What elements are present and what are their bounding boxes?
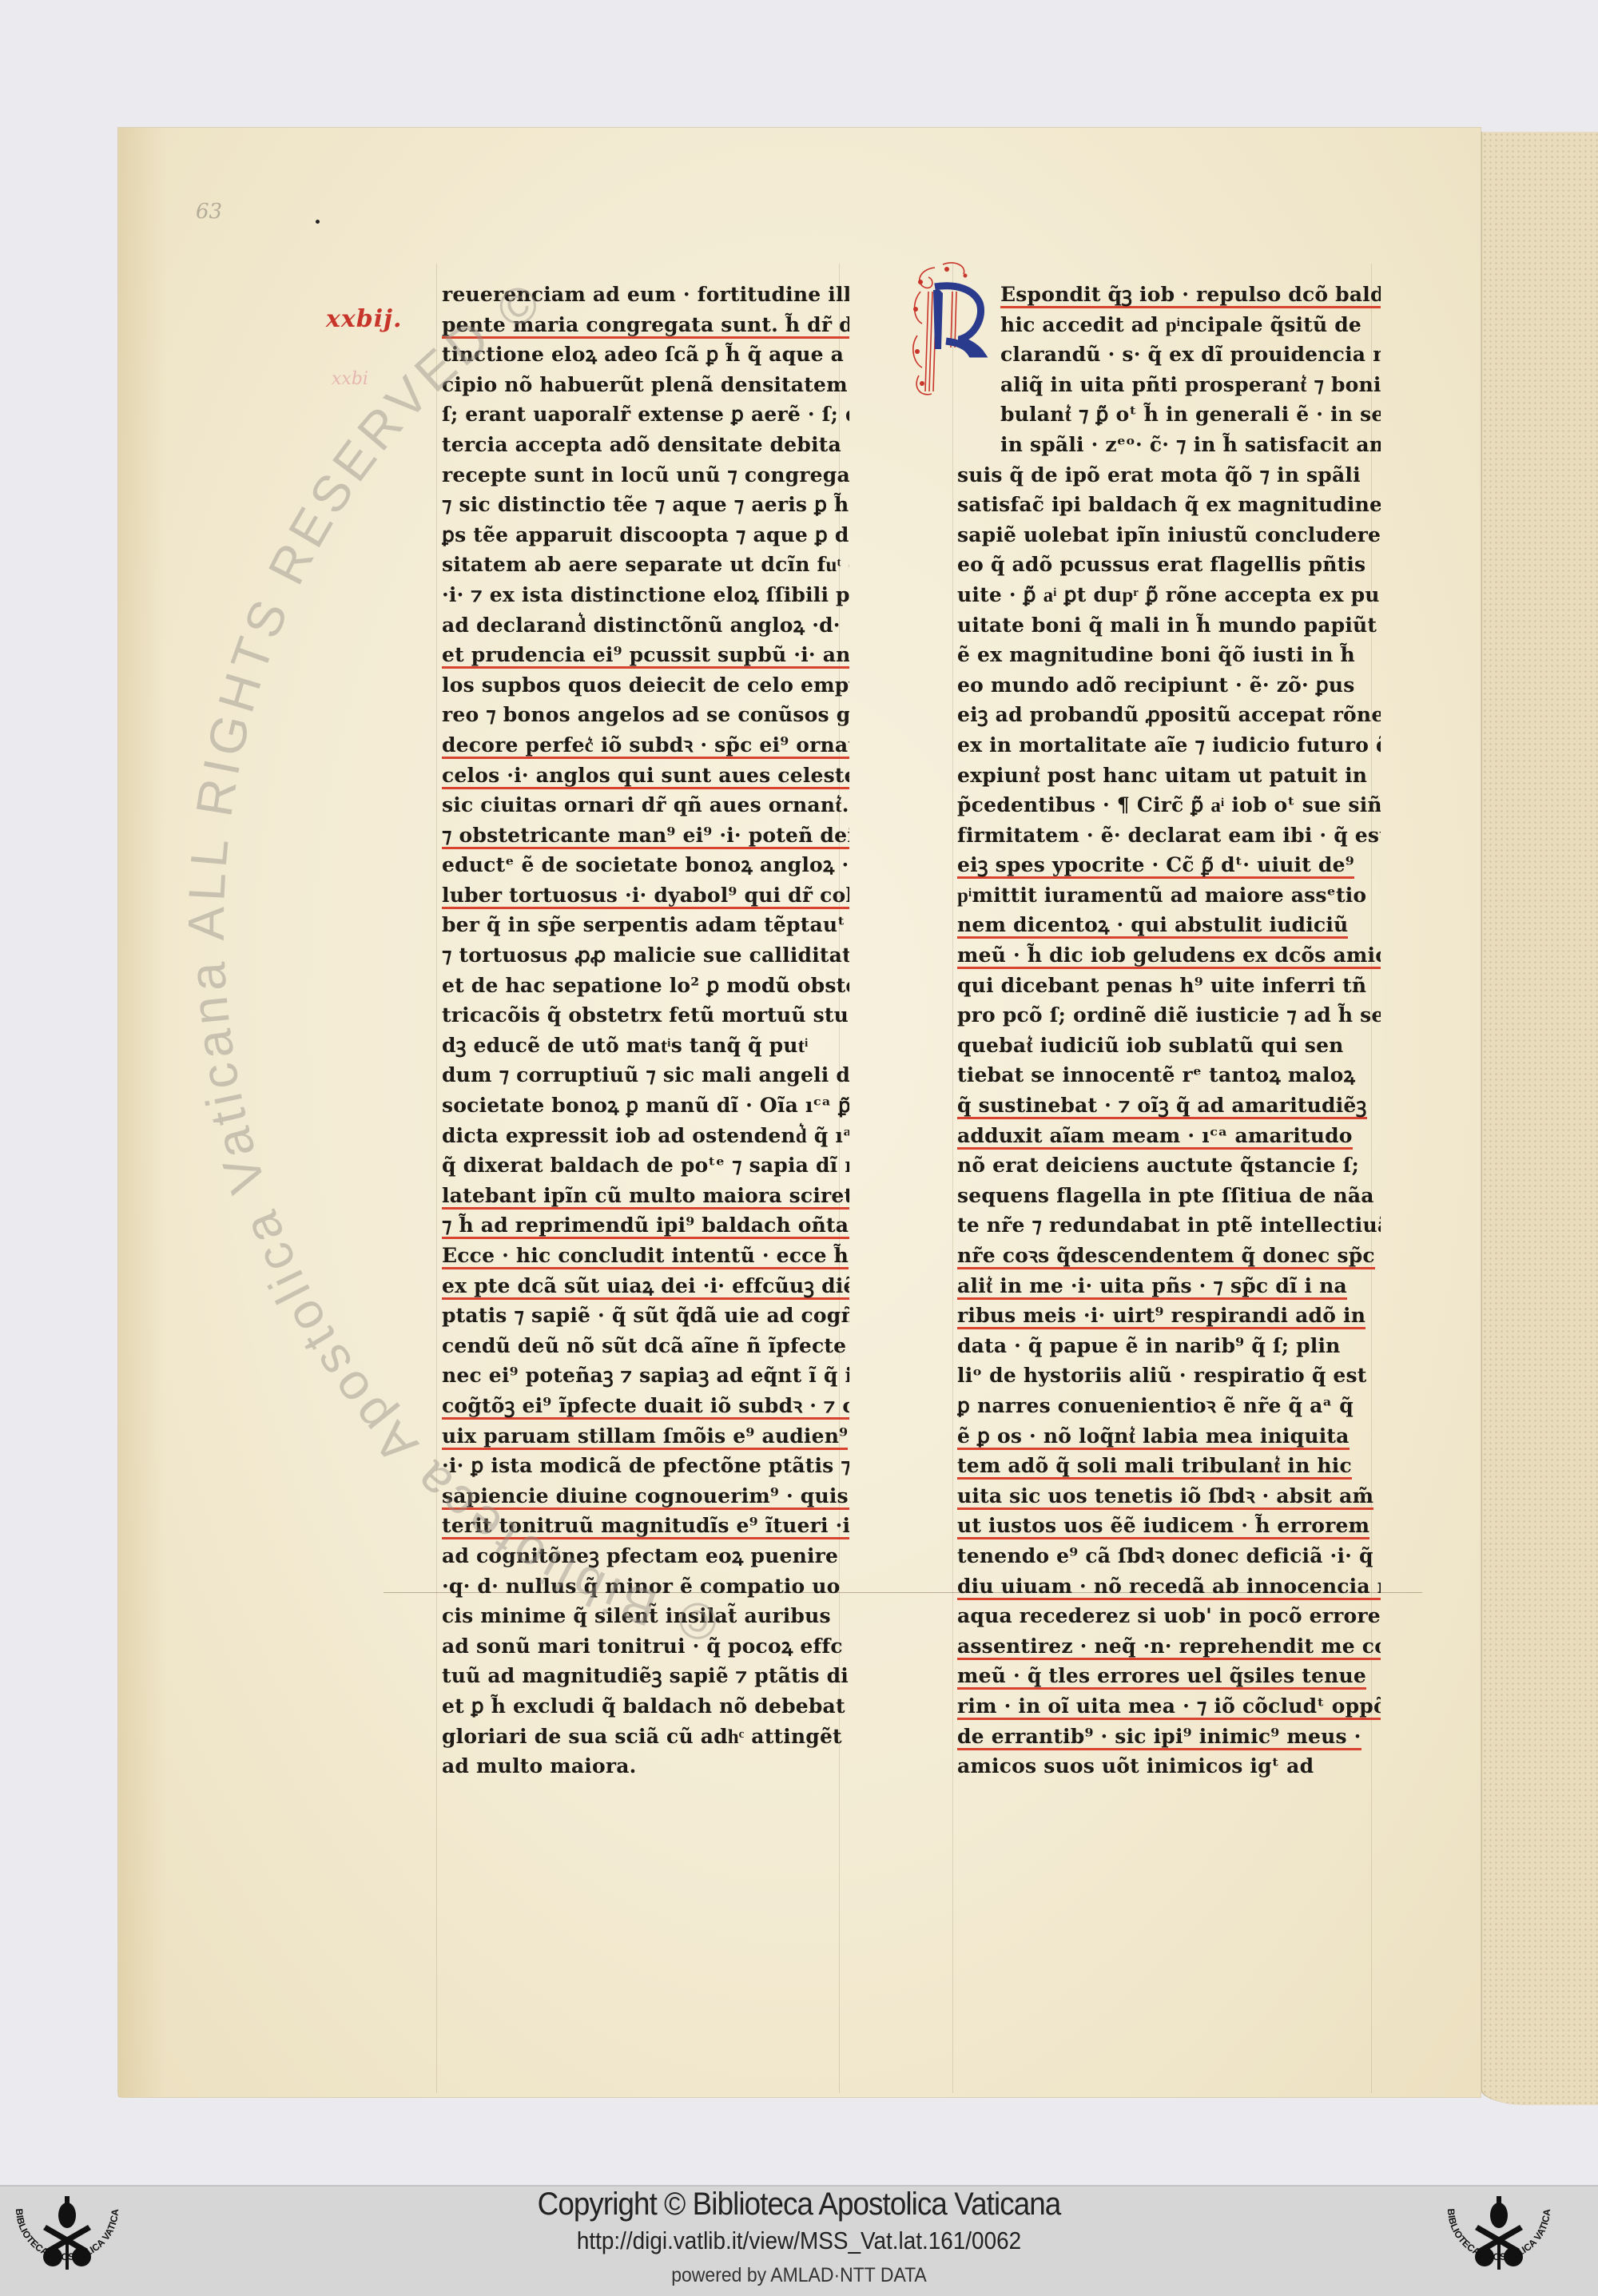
ink-spot	[316, 220, 320, 224]
manuscript-line: ſ; erant uaporalr̃ extense ꝑ aerẽ · ſ; d…	[442, 399, 849, 430]
manuscript-line: ⁊ h̃ ad reprimendũ ipi⁹ baldach oñtatõẽ …	[442, 1210, 849, 1241]
manuscript-line: pro pcõ ſ; ordinẽ diẽ iusticie ⁊ ad h̃ s…	[957, 1000, 1381, 1031]
line-text: q̃ dixerat baldach de poᵗᵉ ⁊ sapia dĩ nõ	[442, 1154, 849, 1177]
manuscript-line: tinctione eloꝝ adeo ſcã ꝑ h̃ q̃ aque a p…	[442, 340, 849, 370]
line-text: hic accedit ad pͥncipale q̃sitũ de	[1000, 313, 1361, 336]
line-text: eductᵉ ẽ de societate bonoꝝ angloꝝ · co	[442, 853, 849, 876]
manuscript-line: q̃ sustinebat · ⁊ oĩꝫ q̃ ad amaritudiẽꝫ	[957, 1090, 1381, 1121]
line-text: ex in mortalitate aĩe ⁊ iudicio futuro q…	[957, 733, 1381, 757]
manuscript-line: tricacõis q̃ obstetrx fetũ mortuũ stu	[442, 1000, 849, 1031]
manuscript-line: luber tortuosus ·i· dyabol⁹ qui dr̃ colu	[442, 880, 849, 911]
line-text: los supbos quos deiecit de celo empy	[442, 673, 849, 697]
manuscript-line: q̃ dixerat baldach de poᵗᵉ ⁊ sapia dĩ nõ	[442, 1150, 849, 1181]
line-text: recepte sunt in locũ unũ ⁊ congregate	[442, 463, 849, 487]
line-text: ẽ ꝑ os · nõ loq̃nt͛ labia mea iniquita	[957, 1424, 1350, 1450]
manuscript-line: nec ei⁹ poteñaꝫ ⁊ sapiaꝫ ad eq̃nt ĩ q̃ i…	[442, 1361, 849, 1391]
manuscript-line: latebant ipĩn cũ multo maiora sciret	[442, 1181, 849, 1211]
line-text: eo q̃ adõ pcussus erat flagellis pñtis	[957, 553, 1365, 576]
line-text: satisfac̃ ipi baldach q̃ ex magnitudine	[957, 493, 1381, 516]
line-text: uix paruam stillam ſmõis e⁹ audien⁹	[442, 1424, 848, 1450]
folio-pencil-mark: 63	[196, 200, 222, 224]
manuscript-line: bulant͛ ⁊ ꝑ̃ oᵗ h̃ in generali ẽ · in se…	[957, 399, 1381, 430]
line-text: luber tortuosus ·i· dyabol⁹ qui dr̃ colu	[442, 884, 849, 909]
vatican-library-logo: BIBLIOTECA APOSTOLICA VATICANA	[1438, 2193, 1558, 2293]
line-text: nem dicentoꝝ · qui abstulit iudiciũ	[957, 913, 1348, 939]
manuscript-line: diu uiuam · nõ recedã ab innocencia ma	[957, 1571, 1381, 1602]
line-text: nr̃e coꝛs q̃descendentem q̃ donec sp̃c	[957, 1244, 1375, 1269]
manuscript-line: et ꝑ h̃ excludi q̃ baldach nõ debebat	[442, 1691, 849, 1722]
manuscript-line: in spãli · zᵉᵒ· c̃· ⁊ in h̃ satisfacit a…	[957, 430, 1381, 460]
line-text: Espondit q̃ꝫ iob · repulso dcõ baldach	[1000, 283, 1381, 308]
manuscript-line: sitatem ab aere separate ut dcĩn fuͭ gñ	[442, 550, 849, 580]
text-column-right: Espondit q̃ꝫ iob · repulso dcõ baldachhi…	[957, 280, 1381, 1782]
manuscript-line: Espondit q̃ꝫ iob · repulso dcõ baldach	[957, 280, 1381, 310]
manuscript-line: uitate boni q̃ mali in h̃ mundo papiũt	[957, 610, 1381, 641]
manuscript-line: eo mundo adõ recipiunt · ẽ· zõ· ꝑus	[957, 670, 1381, 701]
line-text: tricacõis q̃ obstetrx fetũ mortuũ stu	[442, 1003, 849, 1027]
line-text: ẽ ex magnitudine boni q̃õ iusti in h̃	[957, 643, 1355, 666]
line-text: celos ·i· anglos qui sunt aues celestes.	[442, 764, 849, 789]
manuscript-line: alit͛ in me ·i· uita pñs · ⁊ sp̃c dĩ i n…	[957, 1271, 1381, 1301]
line-text: pro pcõ ſ; ordinẽ diẽ iusticie ⁊ ad h̃ s…	[957, 1003, 1381, 1027]
line-text: firmitatem · ẽ· declarat eam ibi · q̃ es…	[957, 824, 1381, 847]
manuscript-line: pente maria congregata sunt. h̃ dr̃ de d…	[442, 310, 849, 340]
line-text: tenendo e⁹ cã ſbdꝛ donec deficiã ·i· q̃	[957, 1544, 1373, 1567]
line-text: ⁊ tortuosus ꝓꝓ malicie sue calliditatẽ	[442, 943, 849, 967]
line-text: et ꝑ h̃ excludi q̃ baldach nõ debebat	[442, 1694, 845, 1718]
ruling-line	[436, 264, 437, 2093]
manuscript-line: hic accedit ad pͥncipale q̃sitũ de	[957, 310, 1381, 340]
line-text: ex pte dcã sũt uiaꝝ dei ·i· effcũuꝫ diẽ	[442, 1274, 849, 1300]
manuscript-line: reo ⁊ bonos angelos ad se conũsos glĩe	[442, 700, 849, 730]
line-text: ·i· ꝑ ista modicã de pfectõne ptãtis ⁊	[442, 1454, 849, 1477]
line-text: diu uiuam · nõ recedã ab innocencia ma	[957, 1575, 1381, 1600]
manuscript-line: amicos suos uõt inimicos igᵗ ad	[957, 1751, 1381, 1782]
manuscript-line: Ecce · hic concludit intentũ · ecce h̃	[442, 1241, 849, 1271]
manuscript-line: sic ciuitas ornari dr̃ qñ aues ornant͛.	[442, 790, 849, 820]
line-text: cipio nõ habuerũt plenã densitatem	[442, 373, 848, 396]
manuscript-line: ut iustos uos ẽẽ iudicem · h̃ errorem	[957, 1511, 1381, 1541]
line-text: sic ciuitas ornari dr̃ qñ aues ornant͛.	[442, 793, 849, 816]
line-text: ·i· ⁊ ex ista distinctione eloꝝ ſſibili …	[442, 583, 849, 606]
line-text: latebant ipĩn cũ multo maiora sciret	[442, 1184, 849, 1210]
manuscript-line: dicta expressit iob ad ostendend͛ q̃ ıᵃ	[442, 1121, 849, 1151]
manuscript-line: ꝑ narres conuenientioꝛ ẽ nr̃e q̃ aᵃ q̃	[957, 1391, 1381, 1421]
line-text: ptatis ⁊ sapiẽ · q̃ sũt q̃dã uie ad cogñ…	[442, 1304, 849, 1327]
line-text: uita sic uos tenetis iõ ſbdꝛ · absit am̃	[957, 1484, 1373, 1510]
line-text: adduxit aĩam meam · ıᶜᵃ amaritudo	[957, 1124, 1353, 1150]
logo-text: BIBLIOTECA APOSTOLICA VATICANA	[6, 2193, 121, 2262]
line-text: tinctione eloꝝ adeo ſcã ꝑ h̃ q̃ aque a p…	[442, 343, 849, 366]
manuscript-line: meũ · h̃ dic iob geludens ex dcõs amicoꝝ	[957, 940, 1381, 971]
manuscript-line: ·q· d· nullus q̃ minor ẽ compatio uo	[442, 1571, 849, 1602]
line-text: terit tonitruũ magnitudĩs e⁹ ĩtueri ·i·	[442, 1514, 849, 1539]
line-text: tiebat se innocentẽ rᵉ tantoꝝ maloꝝ	[957, 1063, 1355, 1086]
line-text: reo ⁊ bonos angelos ad se conũsos glĩe	[442, 703, 849, 726]
manuscript-line: expiunt͛ post hanc uitam ut patuit in	[957, 761, 1381, 791]
line-text: ⁊ h̃ ad reprimendũ ipi⁹ baldach oñtatõẽ …	[442, 1214, 849, 1239]
manuscript-line: sapiencie diuine cognouerim⁹ · quis po	[442, 1481, 849, 1511]
line-text: sequens flagella in pte ſſitiua de nãa	[957, 1184, 1374, 1207]
manuscript-line: cendũ deũ nõ sũt dcã aĩne ñ ĩpfecte	[442, 1331, 849, 1361]
line-text: nõ erat deiciens auctute q̃stancie ſ;	[957, 1154, 1359, 1177]
line-text: dicta expressit iob ad ostendend͛ q̃ ıᵃ	[442, 1124, 849, 1147]
manuscript-line: ⁊ tortuosus ꝓꝓ malicie sue calliditatẽ	[442, 940, 849, 971]
manuscript-line: ⁊ obstetricante man⁹ ei⁹ ·i· poteñ dei ·	[442, 820, 849, 851]
line-text: tercia accepta adõ densitate debita	[442, 433, 841, 456]
line-text: bulant͛ ⁊ ꝑ̃ oᵗ h̃ in generali ẽ · in se…	[1000, 403, 1381, 426]
line-text: qui dicebant penas h⁹ uite inferri tñ	[957, 974, 1366, 997]
manuscript-line: data · q̃ papue ẽ in narib⁹ q̃ ſ; plin	[957, 1331, 1381, 1361]
manuscript-line: meũ · q̃ tles errores uel q̃siles tenue	[957, 1661, 1381, 1691]
line-text: ribus meis ·i· uirt⁹ respirandi adõ in	[957, 1304, 1365, 1329]
manuscript-line: ad declarand͛ distinctõnũ angloꝝ ·d·	[442, 610, 849, 641]
line-text: ad cognitõneꝫ pfectam eoꝝ puenire	[442, 1544, 838, 1567]
manuscript-line: reuerenciam ad eum · fortitudine illi⁹ r…	[442, 280, 849, 310]
line-text: alit͛ in me ·i· uita pñs · ⁊ sp̃c dĩ i n…	[957, 1274, 1347, 1300]
line-text: gloriari de sua sciã cũ adhͨ attingẽt	[442, 1725, 842, 1748]
line-text: Ecce · hic concludit intentũ · ecce h̃	[442, 1244, 849, 1269]
manuscript-line: firmitatem · ẽ· declarat eam ibi · q̃ es…	[957, 820, 1381, 851]
line-text: ⁊ sic distinctio tẽe ⁊ aque ⁊ aeris ꝑ h̃…	[442, 493, 849, 516]
manuscript-line: ad sonũ mari tonitrui · q̃ pocoꝝ effc	[442, 1631, 849, 1662]
manuscript-line: terit tonitruũ magnitudĩs e⁹ ĩtueri ·i·	[442, 1511, 849, 1541]
manuscript-line: satisfac̃ ipi baldach q̃ ex magnitudine	[957, 490, 1381, 520]
manuscript-line: celos ·i· anglos qui sunt aues celestes.	[442, 761, 849, 791]
manuscript-line: sapiẽ uolebat ipĩn iniustũ concludere	[957, 520, 1381, 550]
manuscript-line: suis q̃ de ipõ erat mota q̃õ ⁊ in spãli	[957, 460, 1381, 491]
line-text: q̃ sustinebat · ⁊ oĩꝫ q̃ ad amaritudiẽꝫ	[957, 1094, 1367, 1119]
line-text: et de hac sepatione lo² ꝑ modũ obste	[442, 974, 849, 997]
manuscript-line: tuũ ad magnitudiẽꝫ sapiẽ ⁊ ptãtis diẽ	[442, 1661, 849, 1691]
manuscript-line: ⁊ sic distinctio tẽe ⁊ aque ⁊ aeris ꝑ h̃…	[442, 490, 849, 520]
manuscript-line: pͥmittit iuramentũ ad maiore assᵉtio	[957, 880, 1381, 911]
manuscript-line: tem adõ q̃ soli mali tribulant͛ in hic	[957, 1451, 1381, 1481]
margin-chapter-number: xxbij.	[326, 305, 402, 333]
line-text: et prudencia ei⁹ pcussit supbũ ·i· ange	[442, 643, 849, 669]
line-text: ꝑs tẽe apparuit discoopta ⁊ aque ꝑ dẽp	[442, 523, 849, 546]
manuscript-line: ex pte dcã sũt uiaꝝ dei ·i· effcũuꝫ diẽ	[442, 1271, 849, 1301]
line-text: reuerenciam ad eum · fortitudine illi⁹ r…	[442, 283, 849, 306]
copyright-text: Copyright © Biblioteca Apostolica Vatica…	[64, 2187, 1534, 2223]
manuscript-line: eductᵉ ẽ de societate bonoꝝ angloꝝ · co	[442, 850, 849, 880]
line-text: ſ; erant uaporalr̃ extense ꝑ aerẽ · ſ; d…	[442, 403, 849, 426]
facing-page-edge	[1481, 132, 1598, 2105]
line-text: ꝑ narres conuenientioꝛ ẽ nr̃e q̃ aᵃ q̃	[957, 1394, 1354, 1417]
manuscript-line: quebat͛ iudiciũ iob sublatũ qui sen	[957, 1031, 1381, 1061]
line-text: ad declarand͛ distinctõnũ angloꝝ ·d·	[442, 614, 841, 637]
line-text: de errantib⁹ · sic ipi⁹ inimic⁹ meus ·	[957, 1725, 1361, 1750]
manuscript-line: p̃cedentibus · ¶ Circ̃ ꝑ̃ aͥ iob oᵗ sue …	[957, 790, 1381, 820]
svg-text:BIBLIOTECA APOSTOLICA VATICANA: BIBLIOTECA APOSTOLICA VATICANA	[1438, 2193, 1552, 2262]
manuscript-line: eo q̃ adõ pcussus erat flagellis pñtis	[957, 550, 1381, 580]
line-text: ber q̃ in sp̃e serpentis adam tẽptauᵗ	[442, 913, 845, 936]
line-text: data · q̃ papue ẽ in narib⁹ q̃ ſ; plin	[957, 1334, 1341, 1357]
manuscript-line: ·i· ꝑ ista modicã de pfectõne ptãtis ⁊	[442, 1451, 849, 1481]
manuscript-line: ribus meis ·i· uirt⁹ respirandi adõ in	[957, 1301, 1381, 1331]
line-text: aliq̃ in uita pñti prosperant͛ ⁊ boni tr…	[1000, 373, 1381, 396]
line-text: uite · ꝑ̃ aͥ ꝑt dupͬ ꝑ̃ rõne accepta ex …	[957, 583, 1380, 606]
line-text: decore perfec͛ iõ subdꝛ · sp̃c ei⁹ ornau…	[442, 733, 849, 759]
manuscript-line: de errantib⁹ · sic ipi⁹ inimic⁹ meus ·	[957, 1722, 1381, 1752]
powered-by-text: powered by AMLAD·NTT DATA	[64, 2264, 1534, 2287]
manuscript-line: ẽ ꝑ os · nõ loq̃nt͛ labia mea iniquita	[957, 1421, 1381, 1452]
line-text: eiꝫ spes ypocrite · Cc̃ ꝑ̃ dᵗ· uiuit de⁹	[957, 853, 1354, 879]
manuscript-line: dꝫ educẽ de utõ matͥs tanq̃ q̃ putͥ	[442, 1031, 849, 1061]
line-text: aqua recederez si uob' in pocõ errore ·	[957, 1604, 1381, 1627]
manuscript-line: cog̃tõꝫ ei⁹ ĩpfecte duait iõ subdꝛ · ⁊ c…	[442, 1391, 849, 1421]
line-text: nec ei⁹ poteñaꝫ ⁊ sapiaꝫ ad eq̃nt ĩ q̃ i…	[442, 1364, 849, 1387]
manuscript-line: recepte sunt in locũ unũ ⁊ congregate	[442, 460, 849, 491]
line-text: expiunt͛ post hanc uitam ut patuit in	[957, 764, 1367, 787]
line-text: liᵒ de hystoriis aliũ · respiratio q̃ es…	[957, 1364, 1367, 1387]
line-text: te nr̃e ⁊ redundabat in ptẽ intellectiuã	[957, 1214, 1381, 1237]
line-text: meũ · h̃ dic iob geludens ex dcõs amicoꝝ	[957, 943, 1381, 969]
manuscript-line: ad multo maiora.	[442, 1751, 849, 1782]
manuscript-line: et de hac sepatione lo² ꝑ modũ obste	[442, 971, 849, 1001]
manuscript-line: decore perfec͛ iõ subdꝛ · sp̃c ei⁹ ornau…	[442, 730, 849, 761]
manuscript-line: cipio nõ habuerũt plenã densitatem	[442, 370, 849, 400]
manuscript-line: sequens flagella in pte ſſitiua de nãa	[957, 1181, 1381, 1211]
line-text: quebat͛ iudiciũ iob sublatũ qui sen	[957, 1034, 1344, 1057]
manuscript-line: et prudencia ei⁹ pcussit supbũ ·i· ange	[442, 640, 849, 670]
manuscript-line: ꝑs tẽe apparuit discoopta ⁊ aque ꝑ dẽp	[442, 520, 849, 550]
manuscript-line: uite · ꝑ̃ aͥ ꝑt dupͬ ꝑ̃ rõne accepta ex …	[957, 580, 1381, 610]
line-text: pente maria congregata sunt. h̃ dr̃ de d…	[442, 313, 849, 339]
manuscript-line: assentirez · neq̃ ·n· reprehendit me cor	[957, 1631, 1381, 1662]
manuscript-line: ad cognitõneꝫ pfectam eoꝝ puenire	[442, 1541, 849, 1571]
line-text: clarandũ · s· q̃ ex dĩ prouidencia mali	[1000, 343, 1381, 366]
line-text: suis q̃ de ipõ erat mota q̃õ ⁊ in spãli	[957, 463, 1361, 487]
manuscript-line: clarandũ · s· q̃ ex dĩ prouidencia mali	[957, 340, 1381, 370]
manuscript-line: rim · in oĩ uita mea · ⁊ iõ cõcludᵗ oppõ	[957, 1691, 1381, 1722]
copyright-footer: Copyright © Biblioteca Apostolica Vatica…	[0, 2185, 1598, 2296]
line-text: dꝫ educẽ de utõ matͥs tanq̃ q̃ putͥ	[442, 1034, 809, 1057]
line-text: ·q· d· nullus q̃ minor ẽ compatio uo	[442, 1575, 841, 1598]
line-text: sapiencie diuine cognouerim⁹ · quis po	[442, 1484, 849, 1510]
manuscript-line: te nr̃e ⁊ redundabat in ptẽ intellectiuã	[957, 1210, 1381, 1241]
line-text: tuũ ad magnitudiẽꝫ sapiẽ ⁊ ptãtis diẽ	[442, 1664, 849, 1687]
line-text: ut iustos uos ẽẽ iudicem · h̃ errorem	[957, 1514, 1369, 1539]
line-text: p̃cedentibus · ¶ Circ̃ ꝑ̃ aͥ iob oᵗ sue …	[957, 793, 1381, 816]
manuscript-line: ẽ ex magnitudine boni q̃õ iusti in h̃	[957, 640, 1381, 670]
manuscript-line: societate bonoꝝ ꝑ manũ dĩ · Oĩa ıᶜᵃ ꝑ̃	[442, 1090, 849, 1121]
line-text: pͥmittit iuramentũ ad maiore assᵉtio	[957, 884, 1366, 907]
vatican-library-logo: BIBLIOTECA APOSTOLICA VATICANA	[6, 2193, 126, 2293]
line-text: ad sonũ mari tonitrui · q̃ pocoꝝ effc	[442, 1635, 843, 1658]
line-text: tem adõ q̃ soli mali tribulant͛ in hic	[957, 1454, 1352, 1480]
line-text: cendũ deũ nõ sũt dcã aĩne ñ ĩpfecte	[442, 1334, 846, 1357]
manuscript-line: eiꝫ spes ypocrite · Cc̃ ꝑ̃ dᵗ· uiuit de⁹	[957, 850, 1381, 880]
manuscript-line: aqua recederez si uob' in pocõ errore ·	[957, 1601, 1381, 1631]
source-url-link[interactable]: http://digi.vatlib.it/view/MSS_Vat.lat.1…	[80, 2226, 1518, 2255]
manuscript-line: tenendo e⁹ cã ſbdꝛ donec deficiã ·i· q̃	[957, 1541, 1381, 1571]
line-text: cis minime q̃ silent̃ insilat̃ auribus	[442, 1604, 831, 1627]
line-text: uitate boni q̃ mali in h̃ mundo papiũt	[957, 614, 1377, 637]
line-text: in spãli · zᵉᵒ· c̃· ⁊ in h̃ satisfacit a…	[1000, 433, 1381, 456]
line-text: eo mundo adõ recipiunt · ẽ· zõ· ꝑus	[957, 673, 1355, 697]
manuscript-line: eiꝫ ad probandũ ꝓpositũ accepat rõnes	[957, 700, 1381, 730]
line-text: ad multo maiora.	[442, 1754, 637, 1778]
line-text: ⁊ obstetricante man⁹ ei⁹ ·i· poteñ dei ·	[442, 824, 849, 849]
line-text: societate bonoꝝ ꝑ manũ dĩ · Oĩa ıᶜᵃ ꝑ̃	[442, 1094, 849, 1117]
logo-text: BIBLIOTECA APOSTOLICA VATICANA	[1438, 2193, 1552, 2262]
manuscript-line: los supbos quos deiecit de celo empy	[442, 670, 849, 701]
line-text: assentirez · neq̃ ·n· reprehendit me cor	[957, 1635, 1381, 1660]
manuscript-line: ber q̃ in sp̃e serpentis adam tẽptauᵗ	[442, 910, 849, 940]
margin-faint-note: xxbi	[332, 369, 368, 389]
line-text: meũ · q̃ tles errores uel q̃siles tenue	[957, 1664, 1366, 1690]
manuscript-line: uix paruam stillam ſmõis e⁹ audien⁹	[442, 1421, 849, 1452]
manuscript-line: adduxit aĩam meam · ıᶜᵃ amaritudo	[957, 1121, 1381, 1151]
manuscript-line: ptatis ⁊ sapiẽ · q̃ sũt q̃dã uie ad cogñ…	[442, 1301, 849, 1331]
manuscript-line: ex in mortalitate aĩe ⁊ iudicio futuro q…	[957, 730, 1381, 761]
manuscript-line: qui dicebant penas h⁹ uite inferri tñ	[957, 971, 1381, 1001]
manuscript-line: nr̃e coꝛs q̃descendentem q̃ donec sp̃c	[957, 1241, 1381, 1271]
text-column-left: reuerenciam ad eum · fortitudine illi⁹ r…	[442, 280, 849, 1782]
manuscript-line: nõ erat deiciens auctute q̃stancie ſ;	[957, 1150, 1381, 1181]
manuscript-line: tiebat se innocentẽ rᵉ tantoꝝ maloꝝ	[957, 1060, 1381, 1090]
manuscript-line: uita sic uos tenetis iõ ſbdꝛ · absit am̃	[957, 1481, 1381, 1511]
line-text: rim · in oĩ uita mea · ⁊ iõ cõcludᵗ oppõ	[957, 1694, 1381, 1720]
manuscript-line: cis minime q̃ silent̃ insilat̃ auribus	[442, 1601, 849, 1631]
line-text: cog̃tõꝫ ei⁹ ĩpfecte duait iõ subdꝛ · ⁊ c…	[442, 1394, 849, 1420]
manuscript-line: nem dicentoꝝ · qui abstulit iudiciũ	[957, 910, 1381, 940]
line-text: amicos suos uõt inimicos igᵗ ad	[957, 1754, 1314, 1778]
manuscript-line: tercia accepta adõ densitate debita	[442, 430, 849, 460]
line-text: eiꝫ ad probandũ ꝓpositũ accepat rõnes	[957, 703, 1381, 726]
manuscript-line: ·i· ⁊ ex ista distinctione eloꝝ ſſibili …	[442, 580, 849, 610]
line-text: sapiẽ uolebat ipĩn iniustũ concludere	[957, 523, 1381, 546]
manuscript-line: dum ⁊ corruptiuũ ⁊ sic mali angeli de	[442, 1060, 849, 1090]
manuscript-line: liᵒ de hystoriis aliũ · respiratio q̃ es…	[957, 1361, 1381, 1391]
manuscript-line: aliq̃ in uita pñti prosperant͛ ⁊ boni tr…	[957, 370, 1381, 400]
manuscript-line: gloriari de sua sciã cũ adhͨ attingẽt	[442, 1722, 849, 1752]
line-text: dum ⁊ corruptiuũ ⁊ sic mali angeli de	[442, 1063, 849, 1086]
ruling-line	[952, 264, 953, 2093]
line-text: sitatem ab aere separate ut dcĩn fuͭ gñ	[442, 553, 849, 576]
svg-text:BIBLIOTECA APOSTOLICA VATICANA: BIBLIOTECA APOSTOLICA VATICANA	[6, 2193, 121, 2262]
